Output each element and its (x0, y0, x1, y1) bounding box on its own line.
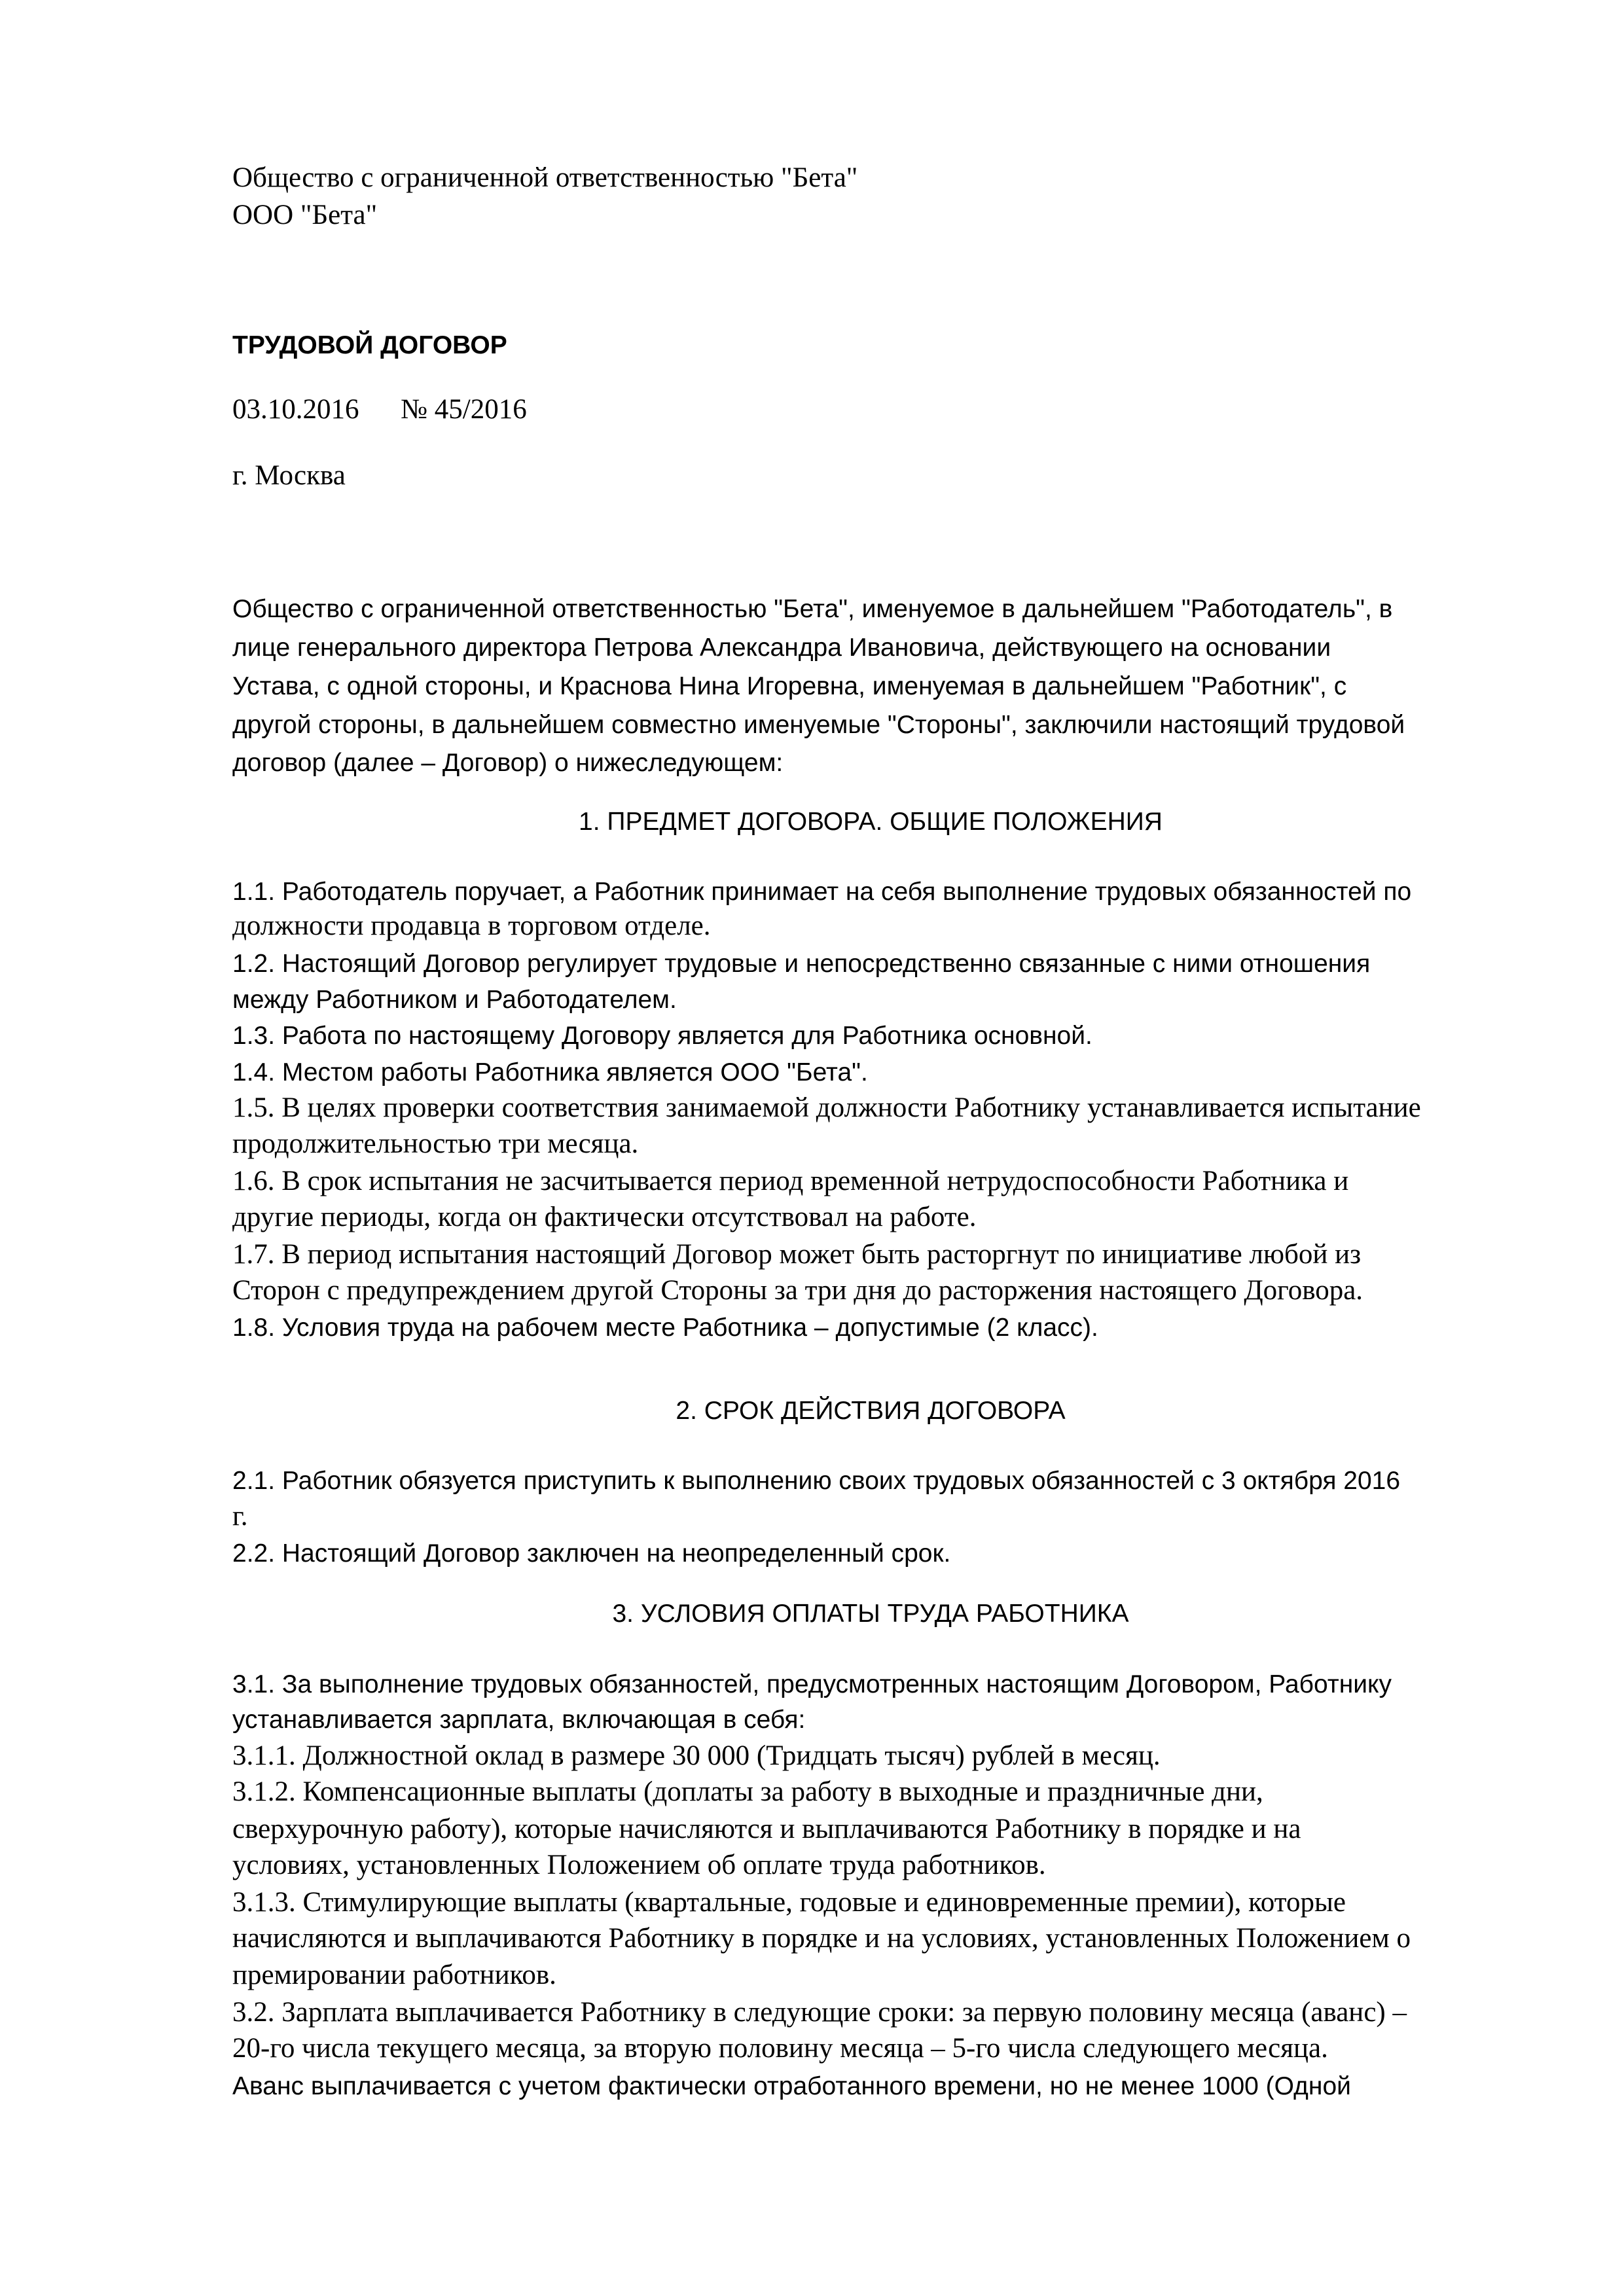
clause-line: 3.1.3. Стимулирующие выплаты (квартальны… (232, 1888, 1346, 1916)
intro-line: Общество с ограниченной ответственностью… (232, 596, 1392, 622)
document-page: Общество с ограниченной ответственностью… (0, 0, 1624, 2296)
clause-line: устанавливается зарплата, включающая в с… (232, 1707, 805, 1732)
clause-line: 3.1.1. Должностной оклад в размере 30 00… (232, 1742, 1161, 1770)
clause-line: Сторон с предупреждением другой Стороны … (232, 1276, 1363, 1304)
section-heading: 1. ПРЕДМЕТ ДОГОВОРА. ОБЩИЕ ПОЛОЖЕНИЯ (223, 809, 1519, 834)
document-city: г. Москва (232, 461, 346, 490)
intro-line: другой стороны, в дальнейшем совместно и… (232, 712, 1405, 738)
clause-line: 3.1.2. Компенсационные выплаты (доплаты … (232, 1778, 1263, 1806)
clause-line: 3.2. Зарплата выплачивается Работнику в … (232, 1998, 1407, 2026)
intro-line: Устава, с одной стороны, и Краснова Нина… (232, 673, 1346, 699)
document-number: № 45/2016 (401, 395, 527, 423)
clause-line: другие периоды, когда он фактически отсу… (232, 1203, 976, 1231)
clause-line: Аванс выплачивается с учетом фактически … (232, 2073, 1351, 2099)
intro-line: договор (далее – Договор) о нижеследующе… (232, 750, 783, 776)
clause-line: сверхурочную работу), которые начисляютс… (232, 1815, 1301, 1843)
clause-line: условиях, установленных Положением об оп… (232, 1851, 1046, 1879)
clause-line: продолжительностью три месяца. (232, 1130, 638, 1158)
clause-line: 1.2. Настоящий Договор регулирует трудов… (232, 951, 1370, 977)
org-short-name: ООО "Бета" (232, 201, 377, 229)
clause-line: 3.1. За выполнение трудовых обязанностей… (232, 1672, 1392, 1697)
clause-line: 2.2. Настоящий Договор заключен на неопр… (232, 1541, 950, 1566)
clause-line: 1.6. В срок испытания не засчитывается п… (232, 1167, 1348, 1195)
section-heading: 2. СРОК ДЕЙСТВИЯ ДОГОВОРА (223, 1398, 1519, 1424)
clause-line: 1.7. В период испытания настоящий Догово… (232, 1240, 1361, 1268)
clause-line: начисляются и выплачиваются Работнику в … (232, 1924, 1411, 1952)
org-full-name: Общество с ограниченной ответственностью… (232, 164, 857, 192)
clause-line: 1.4. Местом работы Работника является ОО… (232, 1060, 868, 1085)
clause-line: между Работником и Работодателем. (232, 987, 677, 1013)
clause-line: должности продавца в торговом отделе. (232, 912, 711, 940)
clause-line: премировании работников. (232, 1961, 556, 1989)
section-heading: 3. УСЛОВИЯ ОПЛАТЫ ТРУДА РАБОТНИКА (223, 1601, 1519, 1626)
clause-line: 20-го числа текущего месяца, за вторую п… (232, 2034, 1328, 2062)
intro-line: лице генерального директора Петрова Алек… (232, 635, 1331, 660)
clause-line: 1.5. В целях проверки соответствия заним… (232, 1094, 1421, 1122)
clause-line: 2.1. Работник обязуется приступить к вып… (232, 1468, 1400, 1494)
clause-line: г. (232, 1502, 248, 1530)
document-date: 03.10.2016 (232, 395, 359, 423)
clause-line: 1.8. Условия труда на рабочем месте Рабо… (232, 1315, 1098, 1340)
document-title: ТРУДОВОЙ ДОГОВОР (232, 332, 507, 358)
clause-line: 1.1. Работодатель поручает, а Работник п… (232, 879, 1411, 905)
clause-line: 1.3. Работа по настоящему Договору являе… (232, 1023, 1092, 1049)
